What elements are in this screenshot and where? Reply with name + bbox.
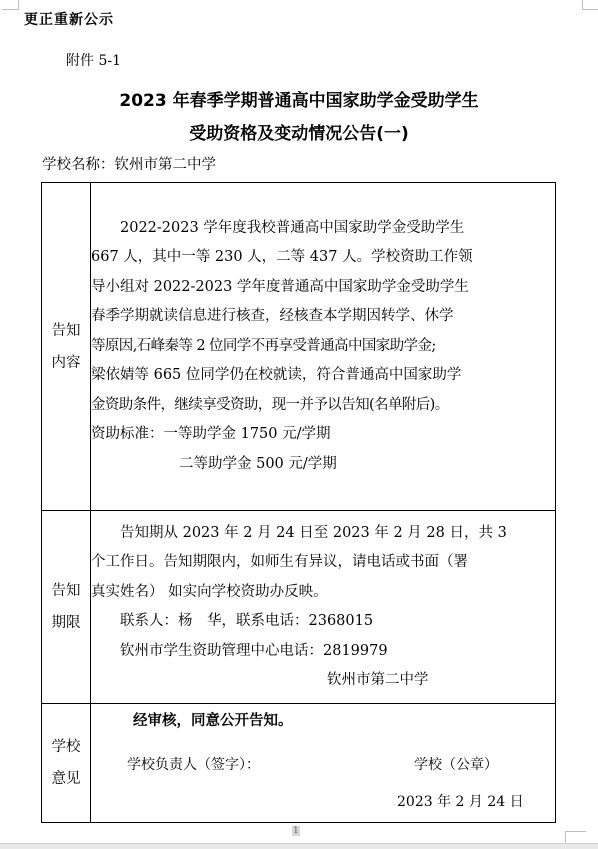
subsidy-standard-second-class: 二等助学金 500 元/学期: [91, 450, 555, 480]
subsidy-standard-first-class: 资助标准：一等助学金 1750 元/学期: [91, 420, 555, 450]
content-line: 梁依婧等 665 位同学仍在校就读，符合普通高中国家助学: [91, 361, 555, 391]
table-row-school-opinion: 学校 意见 经审核，同意公开告知。 学校负责人（签字）： 学校（公章） 2023…: [42, 704, 556, 823]
contact-person: 联系人：杨 华，联系电话：2368015: [91, 607, 555, 637]
attachment-label: 附件 5-1: [66, 50, 121, 70]
content-line: 真实姓名） 如实向学校资助办反映。: [91, 578, 555, 608]
approval-statement: 经审核，同意公开告知。: [133, 710, 293, 732]
label-line: 告知: [42, 315, 90, 347]
row-label-school-opinion: 学校 意见: [42, 704, 91, 823]
center-phone: 钦州市学生资助管理中心电话：2819979: [91, 637, 555, 667]
content-line: 2022-2023 学年度我校普通高中国家助学金受助学生: [91, 214, 555, 244]
school-name: 学校名称：钦州市第二中学: [42, 153, 216, 174]
notice-period-cell: 告知期从 2023 年 2 月 24 日至 2023 年 2 月 28 日，共 …: [91, 511, 556, 704]
notice-content-cell: 2022-2023 学年度我校普通高中国家助学金受助学生 667 人，其中一等 …: [91, 183, 556, 511]
document-title-line-2: 受助资格及变动情况公告(一): [0, 119, 598, 144]
label-line: 告知: [42, 575, 90, 607]
row-label-notice-period: 告知 期限: [42, 511, 91, 704]
content-line: 个工作日。告知期限内，如师生有异议，请电话或书面（署: [91, 548, 555, 578]
school-opinion-cell: 经审核，同意公开告知。 学校负责人（签字）： 学校（公章） 2023 年 2 月…: [91, 704, 556, 823]
page-number: 1: [292, 826, 300, 836]
table-row-notice-period: 告知 期限 告知期从 2023 年 2 月 24 日至 2023 年 2 月 2…: [42, 511, 556, 704]
content-line: 667 人，其中一等 230 人，二等 437 人。学校资助工作领: [91, 243, 555, 273]
content-line: 导小组对 2022-2023 学年度普通高中国家助学金受助学生: [91, 273, 555, 303]
announcement-table: 告知 内容 2022-2023 学年度我校普通高中国家助学金受助学生 667 人…: [41, 182, 556, 823]
school-seal-label: 学校（公章）: [414, 754, 498, 776]
content-line: 金资助条件，继续享受资助，现一并予以告知(名单附后)。: [91, 391, 555, 421]
content-line: 春季学期就读信息进行核查，经核查本学期因转学、休学: [91, 302, 555, 332]
school-signature: 钦州市第二中学: [91, 666, 555, 696]
table-row-notice-content: 告知 内容 2022-2023 学年度我校普通高中国家助学金受助学生 667 人…: [42, 183, 556, 511]
page-corner-mark-top-left: [2, 0, 19, 10]
label-line: 期限: [42, 607, 90, 639]
row-label-notice-content: 告知 内容: [42, 183, 91, 511]
content-line: 等原因,石峰秦等 2 位同学不再享受普通高中国家助学金;: [91, 332, 555, 362]
page-corner-mark-top-right: [582, 0, 598, 10]
approval-date: 2023 年 2 月 24 日: [397, 791, 524, 813]
document-title-line-1: 2023 年春季学期普通高中国家助学金受助学生: [0, 86, 598, 111]
label-line: 意见: [42, 763, 90, 795]
label-line: 学校: [42, 731, 90, 763]
correction-notice-label: 更正重新公示: [24, 9, 114, 29]
principal-signature-label: 学校负责人（签字）：: [127, 754, 260, 776]
page-gap-bar: [0, 843, 598, 849]
content-line: 告知期从 2023 年 2 月 24 日至 2023 年 2 月 28 日，共 …: [91, 519, 555, 549]
label-line: 内容: [42, 347, 90, 379]
